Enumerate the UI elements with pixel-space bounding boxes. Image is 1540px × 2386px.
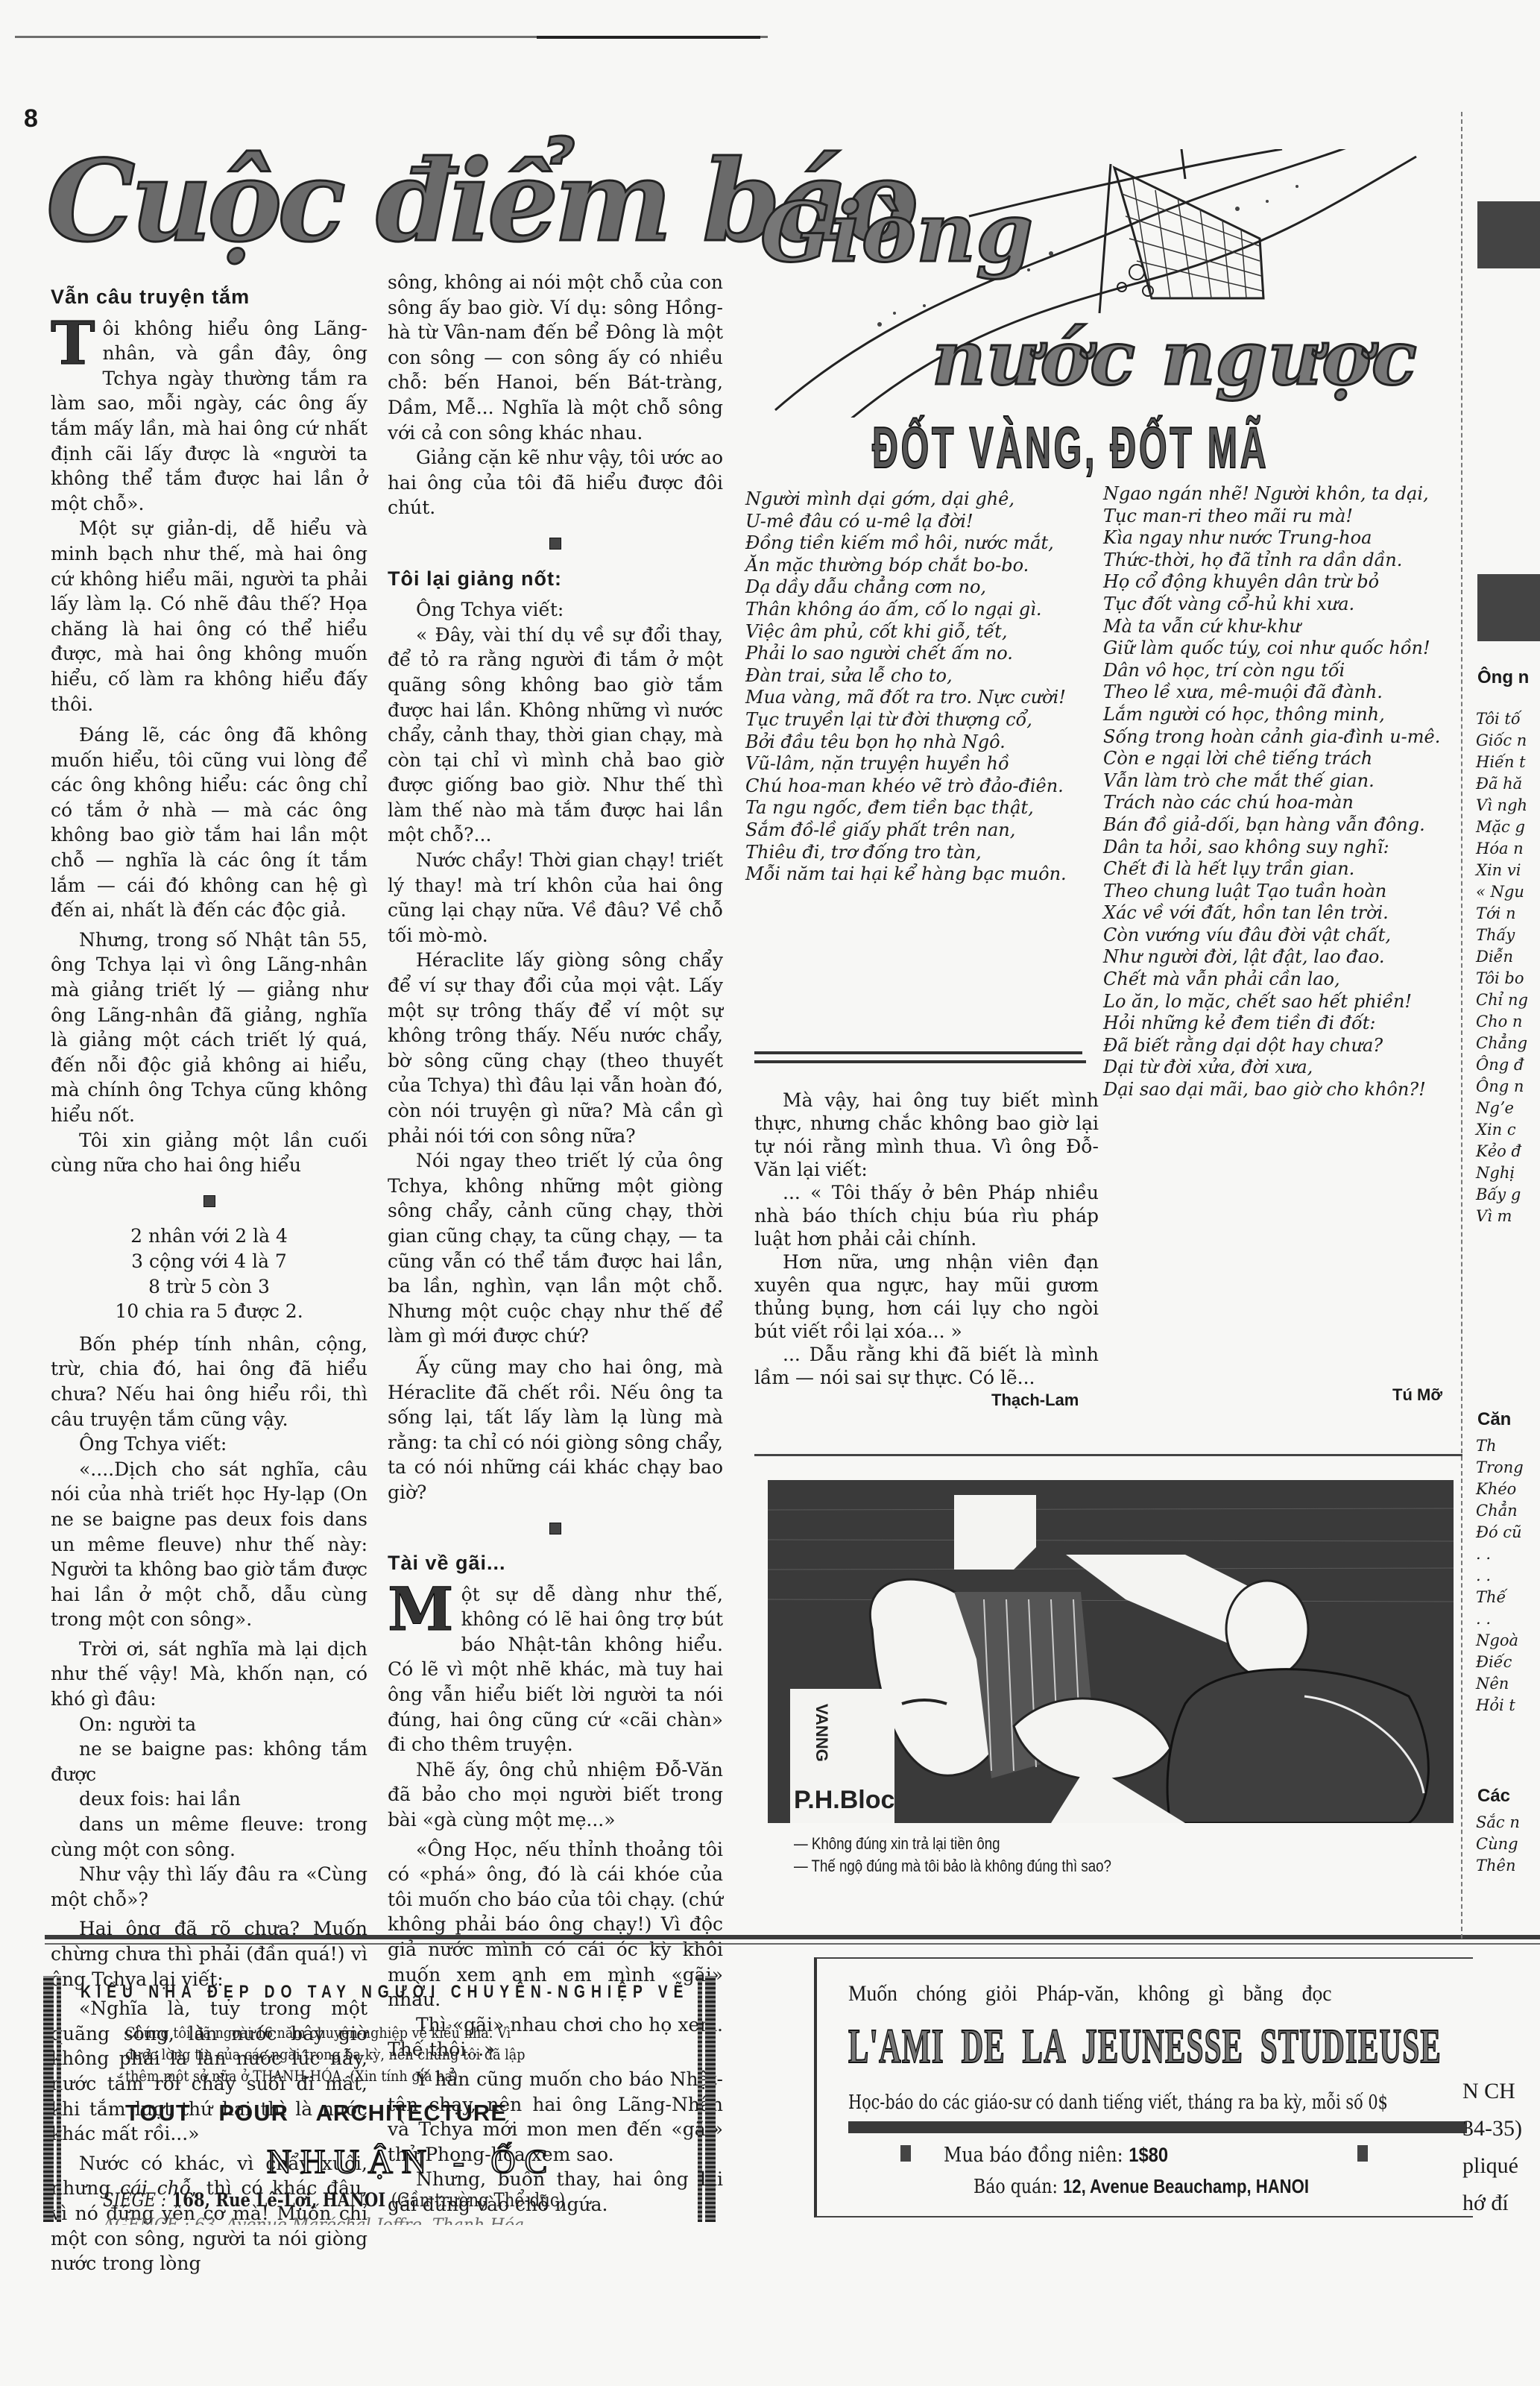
drop-cap-m: M bbox=[388, 1585, 454, 1633]
poem-line: Người mình dại gớm, dại ghê, bbox=[745, 488, 1067, 511]
poem-line: Tục đốt vàng cổ-hủ khi xưa. bbox=[1103, 594, 1440, 616]
ad-border-left-thin bbox=[57, 1976, 61, 2222]
fragment-line: Ông đ bbox=[1476, 1054, 1528, 1076]
woodcut-cartoon: P.H.Bloc VANNG bbox=[768, 1480, 1454, 1823]
fragment-line: Điếc bbox=[1476, 1652, 1524, 1673]
poem-line: Vẫn làm trò che mắt thế gian. bbox=[1103, 770, 1440, 793]
poem-line: Ăn mặc thường bóp chắt bo-bo. bbox=[745, 555, 1067, 577]
poem-line: Mỗi năm tai hại kể hàng bạc muôn. bbox=[745, 863, 1067, 886]
fragment-line: Nên bbox=[1476, 1673, 1524, 1695]
ornament-square-icon bbox=[549, 1523, 561, 1534]
poem-line: Giữ làm quốc túy, coi như quốc hồn! bbox=[1103, 638, 1440, 660]
poem-line: Sống trong hoàn cảnh gia-đình u-mê. bbox=[1103, 726, 1440, 749]
fragment-line: Bấy g bbox=[1476, 1184, 1528, 1206]
ad-border-left bbox=[43, 1976, 54, 2222]
poem-line: Hỏi những kẻ đem tiền đi đốt: bbox=[1103, 1013, 1440, 1035]
fragment-line: Xin vi bbox=[1476, 860, 1528, 881]
fragment-line: Vì m bbox=[1476, 1206, 1528, 1227]
boat-river-illustration: Giòng nước ngược bbox=[745, 149, 1461, 418]
ad-journal-title: L'AMI DE LA JEUNESSE STUDIEUSE bbox=[848, 2018, 1442, 2075]
ornament-square-icon bbox=[900, 2145, 911, 2162]
fragment-heading: Ông n bbox=[1477, 667, 1529, 688]
ad-slogan: TOUT POUR ARCHITECTURE bbox=[125, 2100, 507, 2127]
fragment-line: Ngʼe bbox=[1476, 1098, 1528, 1119]
fragment-line: Hiến t bbox=[1476, 752, 1528, 773]
cartoon-illustration: P.H.Bloc VANNG bbox=[768, 1480, 1454, 1823]
fragment-line: Trong bbox=[1476, 1457, 1524, 1479]
ad-agence-cutoff: AGENCE : 63, Avenue Maréchal Joffre, Tha… bbox=[103, 2216, 524, 2225]
ornament-square-icon bbox=[549, 538, 561, 550]
poem-line: Đàn trai, sửa lễ cho to, bbox=[745, 665, 1067, 687]
divider-rule bbox=[754, 1454, 1462, 1456]
paragraph: sông, không ai nói một chỗ của con sông … bbox=[388, 270, 723, 445]
fragment-lines-a: Tôi tố Giốc n Hiến t Đã hă Vì ngh Mặc g … bbox=[1476, 708, 1528, 1227]
paragraph: Nước chẩy! Thời gian chạy! triết lý thay… bbox=[388, 848, 723, 948]
poem-line: Đồng tiền kiếm mồ hôi, nước mắt, bbox=[745, 532, 1067, 555]
fragment-heading: Căn bbox=[1477, 1409, 1511, 1430]
ad-body: Chúng tôi đã ngoài 16 năm chuyên-nghiệp … bbox=[125, 2022, 545, 2087]
fragment-line: Hóa n bbox=[1476, 838, 1528, 860]
ads-divider-rule bbox=[45, 1935, 1540, 1939]
gloss-line: ne se baigne pas: không tắm được bbox=[51, 1737, 367, 1787]
fragment-line: Xin c bbox=[1476, 1119, 1528, 1141]
poem-banner-illustration: Giòng nước ngược bbox=[745, 149, 1461, 447]
poem-line: Mà ta vẫn cứ khư-khư bbox=[1103, 616, 1440, 638]
paragraph: Mà vậy, hai ông tuy biết mình thực, nhưn… bbox=[754, 1089, 1099, 1181]
fragment-line: Tôi bo bbox=[1476, 968, 1528, 989]
poem-line: Dại sao dại mãi, bao giờ cho khôn?! bbox=[1103, 1079, 1440, 1101]
paragraph: Đáng lẽ, các ông đã không muốn hiểu, tôi… bbox=[51, 723, 367, 923]
poem-line: Thiêu đi, trơ đống tro tàn, bbox=[745, 842, 1067, 864]
poem-line: Đã biết rằng dại dột hay chưa? bbox=[1103, 1035, 1440, 1057]
section-separator bbox=[388, 1516, 723, 1541]
paragraph: Nhẽ ấy, ông chủ nhiệm Đỗ-Văn đã bảo cho … bbox=[388, 1757, 723, 1833]
artist-vertical-signature: VANNG bbox=[812, 1704, 831, 1762]
poem-line: Dân vô học, trí còn ngu tối bbox=[1103, 660, 1440, 682]
fragment-line: Th bbox=[1476, 1435, 1524, 1457]
fragment-line: Kẻo đ bbox=[1476, 1141, 1528, 1162]
quote: Hơn nữa, ưng nhận viên đạn xuyên qua ngự… bbox=[754, 1250, 1099, 1343]
poem-line: Phải lo sao người chết ấm no. bbox=[745, 643, 1067, 665]
ad-border-right-thin bbox=[698, 1976, 702, 2222]
top-rule-thick bbox=[537, 36, 760, 39]
ornament-square-icon bbox=[1357, 2145, 1368, 2162]
fragment-line: . . bbox=[1476, 1543, 1524, 1565]
math-line: 2 nhân với 2 là 4 bbox=[51, 1224, 367, 1249]
heading-tai-ve-gai: Tài về gãi... bbox=[388, 1551, 723, 1576]
poem-line: Lo ăn, lo mặc, chết sao hết phiền! bbox=[1103, 991, 1440, 1013]
paragraph: Giảng cặn kẽ như vậy, tôi ước ao hai ông… bbox=[388, 445, 723, 520]
poem-line: Tục truyền lại từ đời thượng cổ, bbox=[745, 709, 1067, 731]
arithmetic-list: 2 nhân với 2 là 4 3 cộng với 4 là 7 8 tr… bbox=[51, 1224, 367, 1323]
paragraph: Ấy cũng may cho hai ông, mà Héraclite đã… bbox=[388, 1355, 723, 1505]
poem-line: Trách nào các chú hoa-màn bbox=[1103, 792, 1440, 814]
ad-lead-text: Muốn chóng giỏi Pháp-văn, không gì bằng … bbox=[848, 1981, 1332, 2006]
poem-line: Dại từ đời xửa, đời xưa, bbox=[1103, 1057, 1440, 1079]
poem-author: Tú Mỡ bbox=[1392, 1385, 1442, 1405]
paragraph: ... Dẫu rằng khi đã biết là mình lầm — n… bbox=[754, 1343, 1099, 1389]
fragment-line: Thên bbox=[1476, 1855, 1520, 1877]
banner-text-giong: Giòng bbox=[760, 184, 1033, 280]
ornament-square-icon bbox=[203, 1195, 215, 1207]
ad-office: Báo quán: 12, Avenue Beauchamp, HANOI bbox=[973, 2175, 1309, 2198]
ad-journal-subtitle: Học-báo do các giáo-sư có danh tiếng viế… bbox=[848, 2091, 1388, 2114]
paragraph: ôi không hiểu ông Lãng-nhân, và gần đây,… bbox=[51, 318, 367, 514]
fragment-line: Thấy bbox=[1476, 925, 1528, 946]
paragraph: Héraclite lấy giòng sông chẩy để ví sự t… bbox=[388, 948, 723, 1148]
poem-line: Vũ-lâm, nặn truyện huyền hồ bbox=[745, 753, 1067, 775]
fragment-line: Thế bbox=[1476, 1587, 1524, 1608]
fragment-lines-b: Th Trong Khéo Chẳn Đó cũ . . . . Thế . .… bbox=[1476, 1435, 1524, 1716]
poem-title: ĐỐT VÀNG, ĐỐT MÃ bbox=[872, 414, 1269, 482]
poem-line: Mua vàng, mã đốt ra tro. Nực cười! bbox=[745, 687, 1067, 709]
ad-border-right bbox=[705, 1976, 716, 2222]
article-column-3: Mà vậy, hai ông tuy biết mình thực, nhưn… bbox=[754, 1089, 1099, 1389]
poem-line: Chết mà vẫn phải cần lao, bbox=[1103, 969, 1440, 991]
fragment-line: Đó cũ bbox=[1476, 1522, 1524, 1543]
ad-architecture: KIỂU NHÀ ĐẸP DO TAY NGƯỜI CHUYÊN-NGHIỆP … bbox=[43, 1976, 714, 2222]
banner-text-nuoc-nguoc: nước ngược bbox=[932, 314, 1417, 402]
quote: ... « Tôi thấy ở bên Pháp nhiều nhà báo … bbox=[754, 1181, 1099, 1250]
fragment-line: Mặc g bbox=[1476, 816, 1528, 838]
section-title: Cuộc điểm báo bbox=[46, 145, 732, 257]
fragment-title-letter bbox=[1477, 574, 1540, 641]
fragment-illustration bbox=[1477, 201, 1540, 268]
gloss-line: On: người ta bbox=[51, 1712, 367, 1737]
math-line: 10 chia ra 5 được 2. bbox=[51, 1299, 367, 1324]
fragment-line: Hỏi t bbox=[1476, 1695, 1524, 1716]
poem-line: Chú hoa-man khéo vẽ trò đảo-điên. bbox=[745, 775, 1067, 798]
poem-line: Theo chung luật Tạo tuần hoàn bbox=[1103, 881, 1440, 903]
next-page-ad-fragment: N CH 34-35) pliqué hớ đí bbox=[1462, 2073, 1522, 2222]
paragraph: Ông Tchya viết: bbox=[388, 597, 723, 623]
poem-line: Lắm người có học, thông minh, bbox=[1103, 704, 1440, 726]
poem-line: Chết đi là hết lụy trần gian. bbox=[1103, 858, 1440, 881]
poem-line: Còn e ngại lời chê tiếng trách bbox=[1103, 748, 1440, 770]
fragment-line: Tới n bbox=[1476, 903, 1528, 925]
poem-line: U-mê đâu có u-mê lạ đời! bbox=[745, 511, 1067, 533]
quote: «....Dịch cho sát nghĩa, câu nói của nhà… bbox=[51, 1457, 367, 1632]
paragraph: Tôi xin giảng một lần cuối cùng nữa cho … bbox=[51, 1128, 367, 1178]
fragment-line: Chẳn bbox=[1476, 1500, 1524, 1522]
poem-stanza-left: Người mình dại gớm, dại ghê, U-mê đâu có… bbox=[745, 488, 1067, 886]
fragment-line: Sắc n bbox=[1476, 1812, 1520, 1833]
poem-line: Việc âm phủ, cốt khi giỗ, tết, bbox=[745, 621, 1067, 643]
poem-line: Xác về với đất, hồn tan lên trời. bbox=[1103, 902, 1440, 925]
paragraph: Bốn phép tính nhân, cộng, trừ, chia đó, … bbox=[51, 1332, 367, 1432]
fragment-line: . . bbox=[1476, 1608, 1524, 1630]
gloss-line: dans un même fleuve: trong cùng một con … bbox=[51, 1812, 367, 1862]
paragraph: Một sự giản-dị, dễ hiểu và minh bạch như… bbox=[51, 516, 367, 717]
paragraph: Ông Tchya viết: bbox=[51, 1432, 367, 1457]
poem-line: Thân không áo ấm, cố lo ngại gì. bbox=[745, 599, 1067, 621]
page-number: 8 bbox=[24, 104, 38, 133]
fragment-line: . . bbox=[1476, 1565, 1524, 1587]
poem-line: Bởi đầu têu bọn họ nhà Ngô. bbox=[745, 731, 1067, 754]
fragment-heading: Các bbox=[1477, 1786, 1510, 1807]
fragment-line: hớ đí bbox=[1462, 2185, 1522, 2222]
fragment-line: Vì ngh bbox=[1476, 795, 1528, 816]
ad-address: SIÈGE : 168, Rue Lê-Lợi, HANOI (Gần trườ… bbox=[103, 2189, 565, 2211]
fragment-line: Khéo bbox=[1476, 1479, 1524, 1500]
fragment-line: « Ngu bbox=[1476, 881, 1528, 903]
fragment-line: Nghị bbox=[1476, 1162, 1528, 1184]
fragment-line: Chỉ ng bbox=[1476, 989, 1528, 1011]
paragraph: Nhưng, trong số Nhật tân 55, ông Tchya l… bbox=[51, 928, 367, 1128]
fragment-line: Diễn bbox=[1476, 946, 1528, 968]
article-column-2: sông, không ai nói một chỗ của con sông … bbox=[388, 270, 723, 2217]
poem-line: Họ cổ động khuyên dân trừ bỏ bbox=[1103, 571, 1440, 594]
ad-subscription: Mua báo đồng niên: 1$80 bbox=[944, 2144, 1168, 2167]
divider-rule bbox=[754, 1051, 1082, 1054]
fragment-line: N CH bbox=[1462, 2073, 1522, 2110]
ads-divider-rule-thin bbox=[45, 1943, 1540, 1945]
quote: « Đây, vài thí dụ về sự đổi thay, để tỏ … bbox=[388, 623, 723, 848]
poem-line: Như người đời, lật đật, lao đao. bbox=[1103, 946, 1440, 969]
divider-rule bbox=[754, 1060, 1086, 1063]
fragment-line: Cho n bbox=[1476, 1011, 1528, 1033]
fragment-line: Đã hă bbox=[1476, 773, 1528, 795]
fragment-line: 34-35) bbox=[1462, 2110, 1522, 2147]
poem-line: Còn vướng víu đâu đời vật chất, bbox=[1103, 925, 1440, 947]
poem-line: Sắm đồ-lề giấy phất trên nan, bbox=[745, 819, 1067, 842]
poem-line: Ta ngu ngốc, đem tiền bạc thật, bbox=[745, 797, 1067, 819]
cartoon-caption-line-1: — Không đúng xin trả lại tiền ông bbox=[794, 1834, 1000, 1854]
ad-halftone-rule bbox=[848, 2121, 1467, 2133]
poem-line: Tục man-ri theo mãi ru mà! bbox=[1103, 506, 1440, 528]
poem-line: Bán đồ giả-dối, bạn hàng vẫn đông. bbox=[1103, 814, 1440, 837]
fragment-line: Chẳng bbox=[1476, 1033, 1528, 1054]
paragraph: Trời ơi, sát nghĩa mà lại dịch như thế v… bbox=[51, 1637, 367, 1712]
ad-headline: KIỂU NHÀ ĐẸP DO TAY NGƯỜI CHUYÊN-NGHIỆP … bbox=[81, 1982, 558, 2003]
ad-journal: Muốn chóng giỏi Pháp-văn, không gì bằng … bbox=[814, 1957, 1473, 2217]
paragraph: Như vậy thì lấy đâu ra «Cùng một chỗ»? bbox=[51, 1862, 367, 1912]
fragment-line: pliqué bbox=[1462, 2147, 1522, 2185]
poem-stanza-right: Ngao ngán nhẽ! Người khôn, ta dại, Tục m… bbox=[1103, 483, 1440, 1101]
fragment-line: Giốc n bbox=[1476, 730, 1528, 752]
artist-signature: P.H.Bloc bbox=[794, 1786, 894, 1814]
section-separator bbox=[51, 1189, 367, 1214]
fragment-line: Tôi tố bbox=[1476, 708, 1528, 730]
fragment-line: Ngoà bbox=[1476, 1630, 1524, 1652]
drop-cap-t: T bbox=[51, 319, 95, 367]
poem-line: Kìa ngay như nước Trung-hoa bbox=[1103, 527, 1440, 550]
poem-line: Dạ dầy dẫu chẳng cơm no, bbox=[745, 576, 1067, 599]
fragment-lines-c: Sắc n Cùng Thên bbox=[1476, 1812, 1520, 1877]
poem-line: Thức-thời, họ đã tỉnh ra dần dần. bbox=[1103, 550, 1440, 572]
next-page-fragment: Ông n Tôi tố Giốc n Hiến t Đã hă Vì ngh … bbox=[1461, 112, 1540, 1939]
poem-line: Theo lề xưa, mê-muội đã đành. bbox=[1103, 682, 1440, 704]
poem-line: Dân ta hỏi, sao không suy nghĩ: bbox=[1103, 837, 1440, 859]
heading-van-cau-truyen-tam: Vẫn câu truyện tắm bbox=[51, 285, 367, 310]
article-author: Thạch-Lam bbox=[991, 1391, 1079, 1410]
poem-line: Ngao ngán nhẽ! Người khôn, ta dại, bbox=[1103, 483, 1440, 506]
fragment-line: Ông n bbox=[1476, 1076, 1528, 1098]
math-line: 8 trừ 5 còn 3 bbox=[51, 1274, 367, 1300]
cartoon-caption-line-2: — Thế ngộ đúng mà tôi bảo là không đúng … bbox=[794, 1857, 1111, 1876]
gloss-line: deux fois: hai lần bbox=[51, 1787, 367, 1812]
heading-toi-lai-giang-not: Tôi lại giảng nốt: bbox=[388, 567, 723, 592]
fragment-line: Cùng bbox=[1476, 1833, 1520, 1855]
section-separator bbox=[388, 531, 723, 556]
paragraph: Nói ngay theo triết lý của ông Tchya, kh… bbox=[388, 1148, 723, 1349]
math-line: 3 cộng với 4 là 7 bbox=[51, 1249, 367, 1274]
ad-brand: NHUẬN - ỐC bbox=[267, 2141, 556, 2181]
